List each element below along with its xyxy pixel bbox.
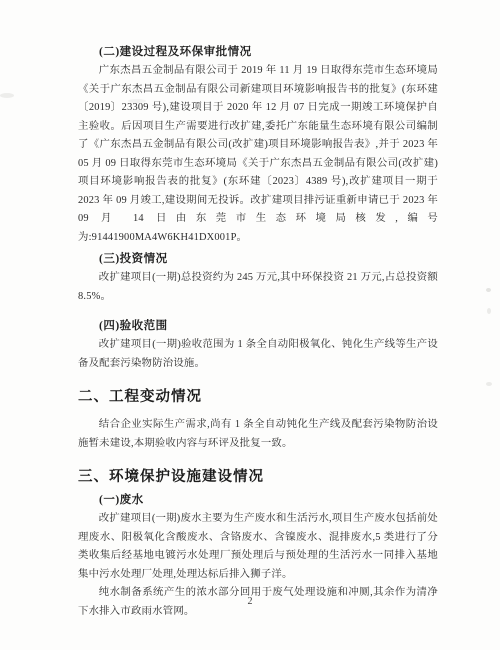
page-number: 2 [0, 596, 500, 607]
document-content: (二)建设过程及环保审批情况 广东杰昌五金制品有限公司于 2019 年 11 月… [78, 43, 438, 621]
paragraph-acceptance-scope: 改扩建项目(一期)验收范围为 1 条全自动阳极氧化、钝化生产线等生产设备及配套污… [78, 336, 438, 373]
paragraph-investment: 改扩建项目(一期)总投资约为 245 万元,其中环保投资 21 万元,占总投资额… [78, 269, 438, 306]
paragraph-project-changes: 结合企业实际生产需求,尚有 1 条全自动钝化生产线及配套污染物防治设施暂未建设,… [78, 416, 438, 453]
scan-artifact [486, 288, 491, 292]
paragraph-wastewater-treatment: 改扩建项目(一期)废水主要为生产废水和生活污水,项目生产废水包括前处理废水、阳极… [78, 510, 438, 584]
chapter-heading-env-protection-facilities: 三、环境保护设施建设情况 [78, 466, 438, 488]
scan-artifact [486, 382, 492, 386]
document-page: (二)建设过程及环保审批情况 广东杰昌五金制品有限公司于 2019 年 11 月… [0, 0, 500, 650]
section-heading-acceptance-scope: (四)验收范围 [99, 317, 438, 336]
scan-artifact [0, 93, 14, 98]
section-heading-wastewater: (一)废水 [99, 491, 438, 510]
scan-artifact [128, 99, 146, 103]
section-heading-investment: (三)投资情况 [99, 250, 438, 269]
spacer [78, 306, 438, 317]
chapter-heading-project-changes: 二、工程变动情况 [78, 386, 438, 408]
spacer [78, 408, 438, 416]
section-heading-construction-approval: (二)建设过程及环保审批情况 [99, 43, 438, 62]
scan-artifact [487, 308, 491, 314]
spacer [78, 453, 438, 466]
spacer [78, 373, 438, 386]
paragraph-approval-history: 广东杰昌五金制品有限公司于 2019 年 11 月 19 日取得东莞市生态环境局… [78, 62, 438, 247]
